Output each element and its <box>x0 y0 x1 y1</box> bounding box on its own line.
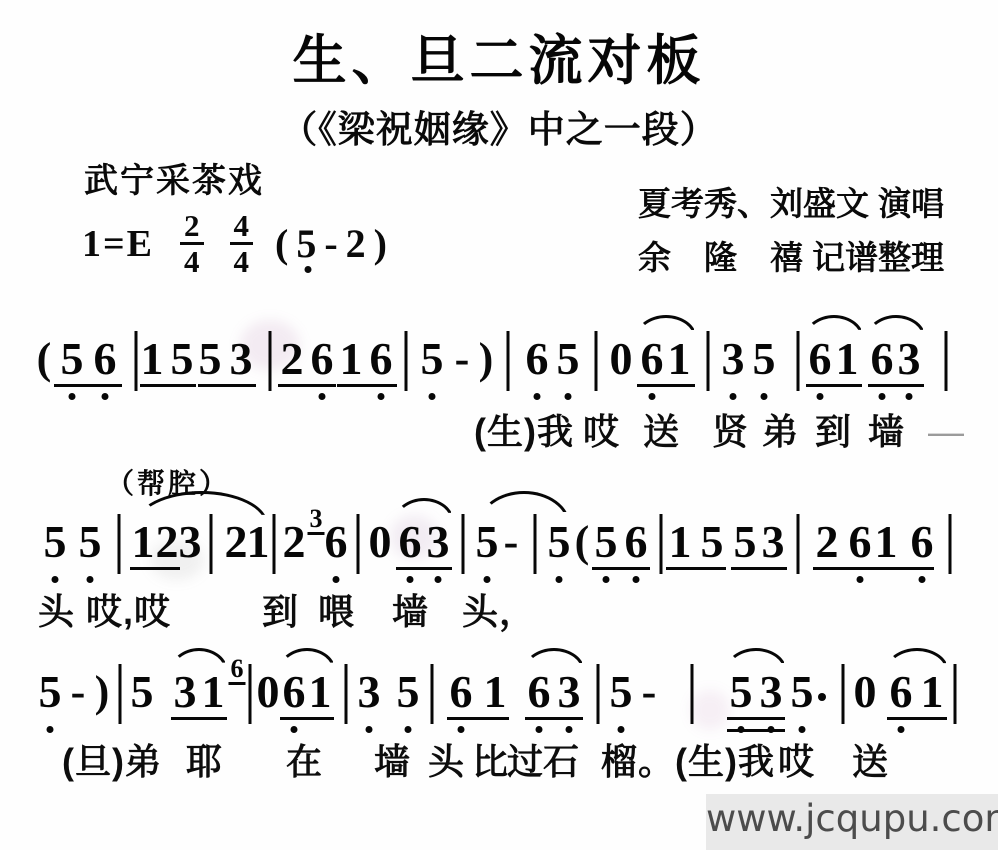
note-digit: 5 <box>79 518 102 566</box>
octave-dot <box>429 393 436 400</box>
note-digit: 6 <box>871 335 894 383</box>
lyric-row-3: (旦)弟耶在墙头比过石榴。(生)我哎送 <box>0 740 998 788</box>
lyric-syllable: 墙 <box>868 410 905 454</box>
note-digit: 1 <box>921 668 944 716</box>
meter-denominator: 4 <box>230 242 254 277</box>
barline <box>249 664 252 724</box>
note-digit: 1 <box>669 518 692 566</box>
note-digit: 1 <box>132 518 155 566</box>
note-digit: 5 <box>791 668 814 716</box>
octave-dot <box>730 393 737 400</box>
note-digit: 6 <box>528 668 551 716</box>
notation-symbol: - <box>71 668 86 716</box>
note-digit: 3 <box>179 518 202 566</box>
note-digit: 6 <box>911 518 934 566</box>
octave-dot <box>366 726 373 733</box>
grace-note: 3 <box>308 506 325 535</box>
octave-dot <box>857 576 864 583</box>
lyric-syllable: 头 <box>38 590 75 634</box>
note-digit: 6 <box>809 335 832 383</box>
note-digit: 1 <box>484 668 507 716</box>
octave-dot <box>536 726 543 733</box>
octave-dot <box>333 576 340 583</box>
octave-dot <box>47 726 54 733</box>
note-digit: 1 <box>141 335 164 383</box>
beam-underline <box>130 567 180 570</box>
key-prefix: 1=E <box>82 222 154 266</box>
beam-underline <box>278 384 336 387</box>
barline <box>269 331 272 391</box>
beam-underline <box>140 384 196 387</box>
note-digit: 5 <box>730 668 753 716</box>
cue-note-2: 2 <box>346 221 374 266</box>
octave-dot <box>879 393 886 400</box>
slur-arc <box>866 315 926 339</box>
rest-note: 0 <box>610 335 633 383</box>
watermark-text: www.jcqupu.com <box>706 797 998 840</box>
beam-underline <box>54 384 122 387</box>
note-digit: 3 <box>427 518 450 566</box>
beam-underline <box>806 384 862 387</box>
lyric-syllable: 墙 <box>374 740 411 784</box>
rest-note: 0 <box>257 668 280 716</box>
barline <box>597 664 600 724</box>
beam-underline <box>666 567 726 570</box>
beam-underline <box>637 384 695 387</box>
beam-underline <box>727 717 785 732</box>
barline <box>405 331 408 391</box>
notation-symbol: ( <box>575 518 590 566</box>
lyric-syllable: 贤 <box>712 410 749 454</box>
cue-open-paren: ( <box>275 221 296 266</box>
note-digit: 5 <box>131 668 154 716</box>
lyric-syllable: 石 <box>543 740 580 784</box>
octave-dot <box>633 576 640 583</box>
octave-dot <box>906 393 913 400</box>
note-digit: 3 <box>358 668 381 716</box>
cue-dash: - <box>324 221 345 266</box>
beam-underline <box>525 717 583 720</box>
lyric-syllable: 比 <box>472 740 509 784</box>
octave-dot <box>898 726 905 733</box>
octave-dot <box>534 393 541 400</box>
beam-underline <box>396 567 452 570</box>
note-digit: 5 <box>199 335 222 383</box>
note-digit: 5 <box>548 518 571 566</box>
lyric-syllable: 哎 <box>583 410 620 454</box>
octave-dot <box>405 726 412 733</box>
lyric-syllable: 哎 <box>778 740 815 784</box>
beam-underline <box>198 384 256 387</box>
beam-underline <box>887 717 947 720</box>
cue-notes: (5-2) <box>275 220 395 267</box>
octave-dot <box>565 393 572 400</box>
note-digit: 1 <box>668 335 691 383</box>
note-digit: 2 <box>225 518 248 566</box>
note-digit: 2 <box>156 518 179 566</box>
barline <box>345 664 348 724</box>
octave-dot <box>603 576 610 583</box>
barline <box>119 664 122 724</box>
lyric-syllable: 到 <box>815 410 852 454</box>
notation-symbol: ( <box>37 335 52 383</box>
lyric-syllable: 哎,哎 <box>86 590 171 634</box>
beam-underline <box>447 717 509 720</box>
notation-symbol: ) <box>95 668 110 716</box>
slur-arc <box>725 648 787 672</box>
lyric-syllable: 喂 <box>318 590 355 634</box>
lyric-syllable: 耶 <box>186 740 223 784</box>
lyric-syllable: 送 <box>643 410 680 454</box>
beam-underline <box>337 384 397 387</box>
lyric-syllable: 在 <box>286 740 323 784</box>
lyric-syllable: 头， <box>462 590 536 634</box>
barline <box>118 514 121 574</box>
octave-dot <box>566 726 573 733</box>
key-signature: 1=E 2 4 4 4 (5-2) <box>82 210 395 277</box>
lyric-syllable: 过 <box>507 740 544 784</box>
lyric-syllable: (生)我 <box>474 410 574 454</box>
page-title: 生、旦二流对板 <box>0 18 998 95</box>
barline <box>273 514 276 574</box>
rest-note: 0 <box>369 518 392 566</box>
beam-underline <box>868 384 924 387</box>
octave-dot <box>817 393 824 400</box>
octave-dot <box>87 576 94 583</box>
beam-underline <box>872 567 934 570</box>
note-digit: 5 <box>397 668 420 716</box>
slur-arc <box>170 648 228 672</box>
octave-dot <box>484 576 491 583</box>
beam-underline <box>280 717 334 720</box>
slur-arc <box>635 315 697 339</box>
note-digit: 2 <box>816 518 839 566</box>
note-digit: 2 <box>281 335 304 383</box>
octave-dot <box>407 576 414 583</box>
note-digit: 3 <box>174 668 197 716</box>
rest-note: 0 <box>854 668 877 716</box>
barline <box>660 514 663 574</box>
barline <box>797 514 800 574</box>
meter-denominator: 4 <box>180 242 204 277</box>
octave-dot <box>618 726 625 733</box>
note-digit: 5 <box>476 518 499 566</box>
lyric-syllable: (旦)弟 <box>62 740 162 784</box>
barline <box>949 514 952 574</box>
note-digit: 2 <box>283 518 306 566</box>
octave-dot <box>799 726 806 733</box>
lyric-row-2: 头哎,哎到喂墙头， <box>0 590 998 638</box>
watermark-strip: www.jcqupu.com <box>706 794 998 850</box>
notation-symbol: - <box>455 335 470 383</box>
slur-arc <box>804 315 864 339</box>
barline <box>707 331 710 391</box>
subtitle: （《梁祝姻缘》中之一段） <box>0 99 998 153</box>
notation-symbol: - <box>642 668 657 716</box>
note-digit: 5 <box>610 668 633 716</box>
note-digit: 5 <box>171 335 194 383</box>
barline <box>210 514 213 574</box>
lyric-syllable: 墙 <box>392 590 429 634</box>
lyric-syllable: 到 <box>262 590 299 634</box>
barline <box>797 331 800 391</box>
lyric-row-1: (生)我哎送贤弟到墙— <box>0 410 998 458</box>
note-digit: 5 <box>595 518 618 566</box>
note-digit: 5 <box>753 335 776 383</box>
note-digit: 6 <box>526 335 549 383</box>
note-digit: 1 <box>309 668 332 716</box>
note-digit: 6 <box>283 668 306 716</box>
slur-arc <box>523 648 585 672</box>
genre-label: 武宁采茶戏 <box>84 153 264 202</box>
note-digit: 5 <box>734 518 757 566</box>
notation-symbol: - <box>504 518 519 566</box>
beam-underline <box>171 717 227 720</box>
octave-dot <box>458 726 465 733</box>
note-digit: 1 <box>875 518 898 566</box>
meter-numerator: 4 <box>230 210 254 242</box>
note-digit: 6 <box>450 668 473 716</box>
note-digit: 5 <box>701 518 724 566</box>
transcriber-credit: 余 隆 禧 记谱整理 <box>638 232 944 279</box>
octave-dot <box>291 726 298 733</box>
note-digit: 6 <box>641 335 664 383</box>
note-digit: 6 <box>94 335 117 383</box>
note-digit: 3 <box>558 668 581 716</box>
meter-numerator: 2 <box>180 210 204 242</box>
slur-arc <box>885 648 949 672</box>
note-digit: 3 <box>898 335 921 383</box>
octave-dot <box>319 393 326 400</box>
note-digit: 6 <box>890 668 913 716</box>
octave-dot <box>649 393 656 400</box>
notation-symbol: ) <box>479 335 494 383</box>
octave-dot <box>556 576 563 583</box>
barline <box>691 664 694 724</box>
octave-dot <box>435 576 442 583</box>
note-digit: 5 <box>44 518 67 566</box>
note-digit: 5 <box>557 335 580 383</box>
barline <box>507 331 510 391</box>
lyric-syllable: 送 <box>852 740 889 784</box>
augmentation-dot <box>818 693 826 701</box>
grace-note: 6 <box>229 656 246 685</box>
note-digit: 1 <box>340 335 363 383</box>
barline <box>595 331 598 391</box>
meter-2-4: 2 4 <box>180 210 204 277</box>
beam-underline <box>731 567 787 570</box>
note-digit: 3 <box>230 335 253 383</box>
lyric-syllable: — <box>928 410 965 454</box>
meter-4-4: 4 4 <box>230 210 254 277</box>
barline <box>842 664 845 724</box>
note-digit: 5 <box>421 335 444 383</box>
note-digit: 1 <box>247 518 270 566</box>
note-digit: 5 <box>39 668 62 716</box>
note-digit: 3 <box>762 518 785 566</box>
barline <box>954 664 957 724</box>
note-digit: 5 <box>61 335 84 383</box>
lyric-syllable: 弟 <box>762 410 799 454</box>
sheet-music-page: 生、旦二流对板 （《梁祝姻缘》中之一段） 武宁采茶戏 1=E 2 4 4 4 (… <box>0 0 998 850</box>
barline <box>357 514 360 574</box>
performers-credit: 夏考秀、刘盛文 演唱 <box>638 178 944 225</box>
note-digit: 6 <box>625 518 648 566</box>
note-digit: 6 <box>849 518 872 566</box>
slur-arc <box>278 648 336 672</box>
note-digit: 3 <box>760 668 783 716</box>
barline <box>945 331 948 391</box>
note-digit: 1 <box>202 668 225 716</box>
cue-close-paren: ) <box>374 221 395 266</box>
octave-dot <box>102 393 109 400</box>
beam-underline <box>592 567 650 570</box>
note-digit: 6 <box>311 335 334 383</box>
octave-dot <box>378 393 385 400</box>
barline <box>462 514 465 574</box>
note-digit: 1 <box>836 335 859 383</box>
barline <box>534 514 537 574</box>
octave-dot <box>52 576 59 583</box>
beam-underline <box>813 567 873 570</box>
note-digit: 3 <box>722 335 745 383</box>
note-digit: 6 <box>325 518 348 566</box>
octave-dot <box>69 393 76 400</box>
octave-dot <box>761 393 768 400</box>
note-digit: 6 <box>370 335 393 383</box>
cue-note-low-5: 5 <box>296 220 324 267</box>
barline <box>135 331 138 391</box>
lyric-syllable: 头 <box>428 740 465 784</box>
barline <box>431 664 434 724</box>
octave-dot <box>919 576 926 583</box>
note-digit: 6 <box>399 518 422 566</box>
lyric-syllable: 榴。(生)我 <box>601 740 775 784</box>
slur-arc <box>394 498 454 522</box>
